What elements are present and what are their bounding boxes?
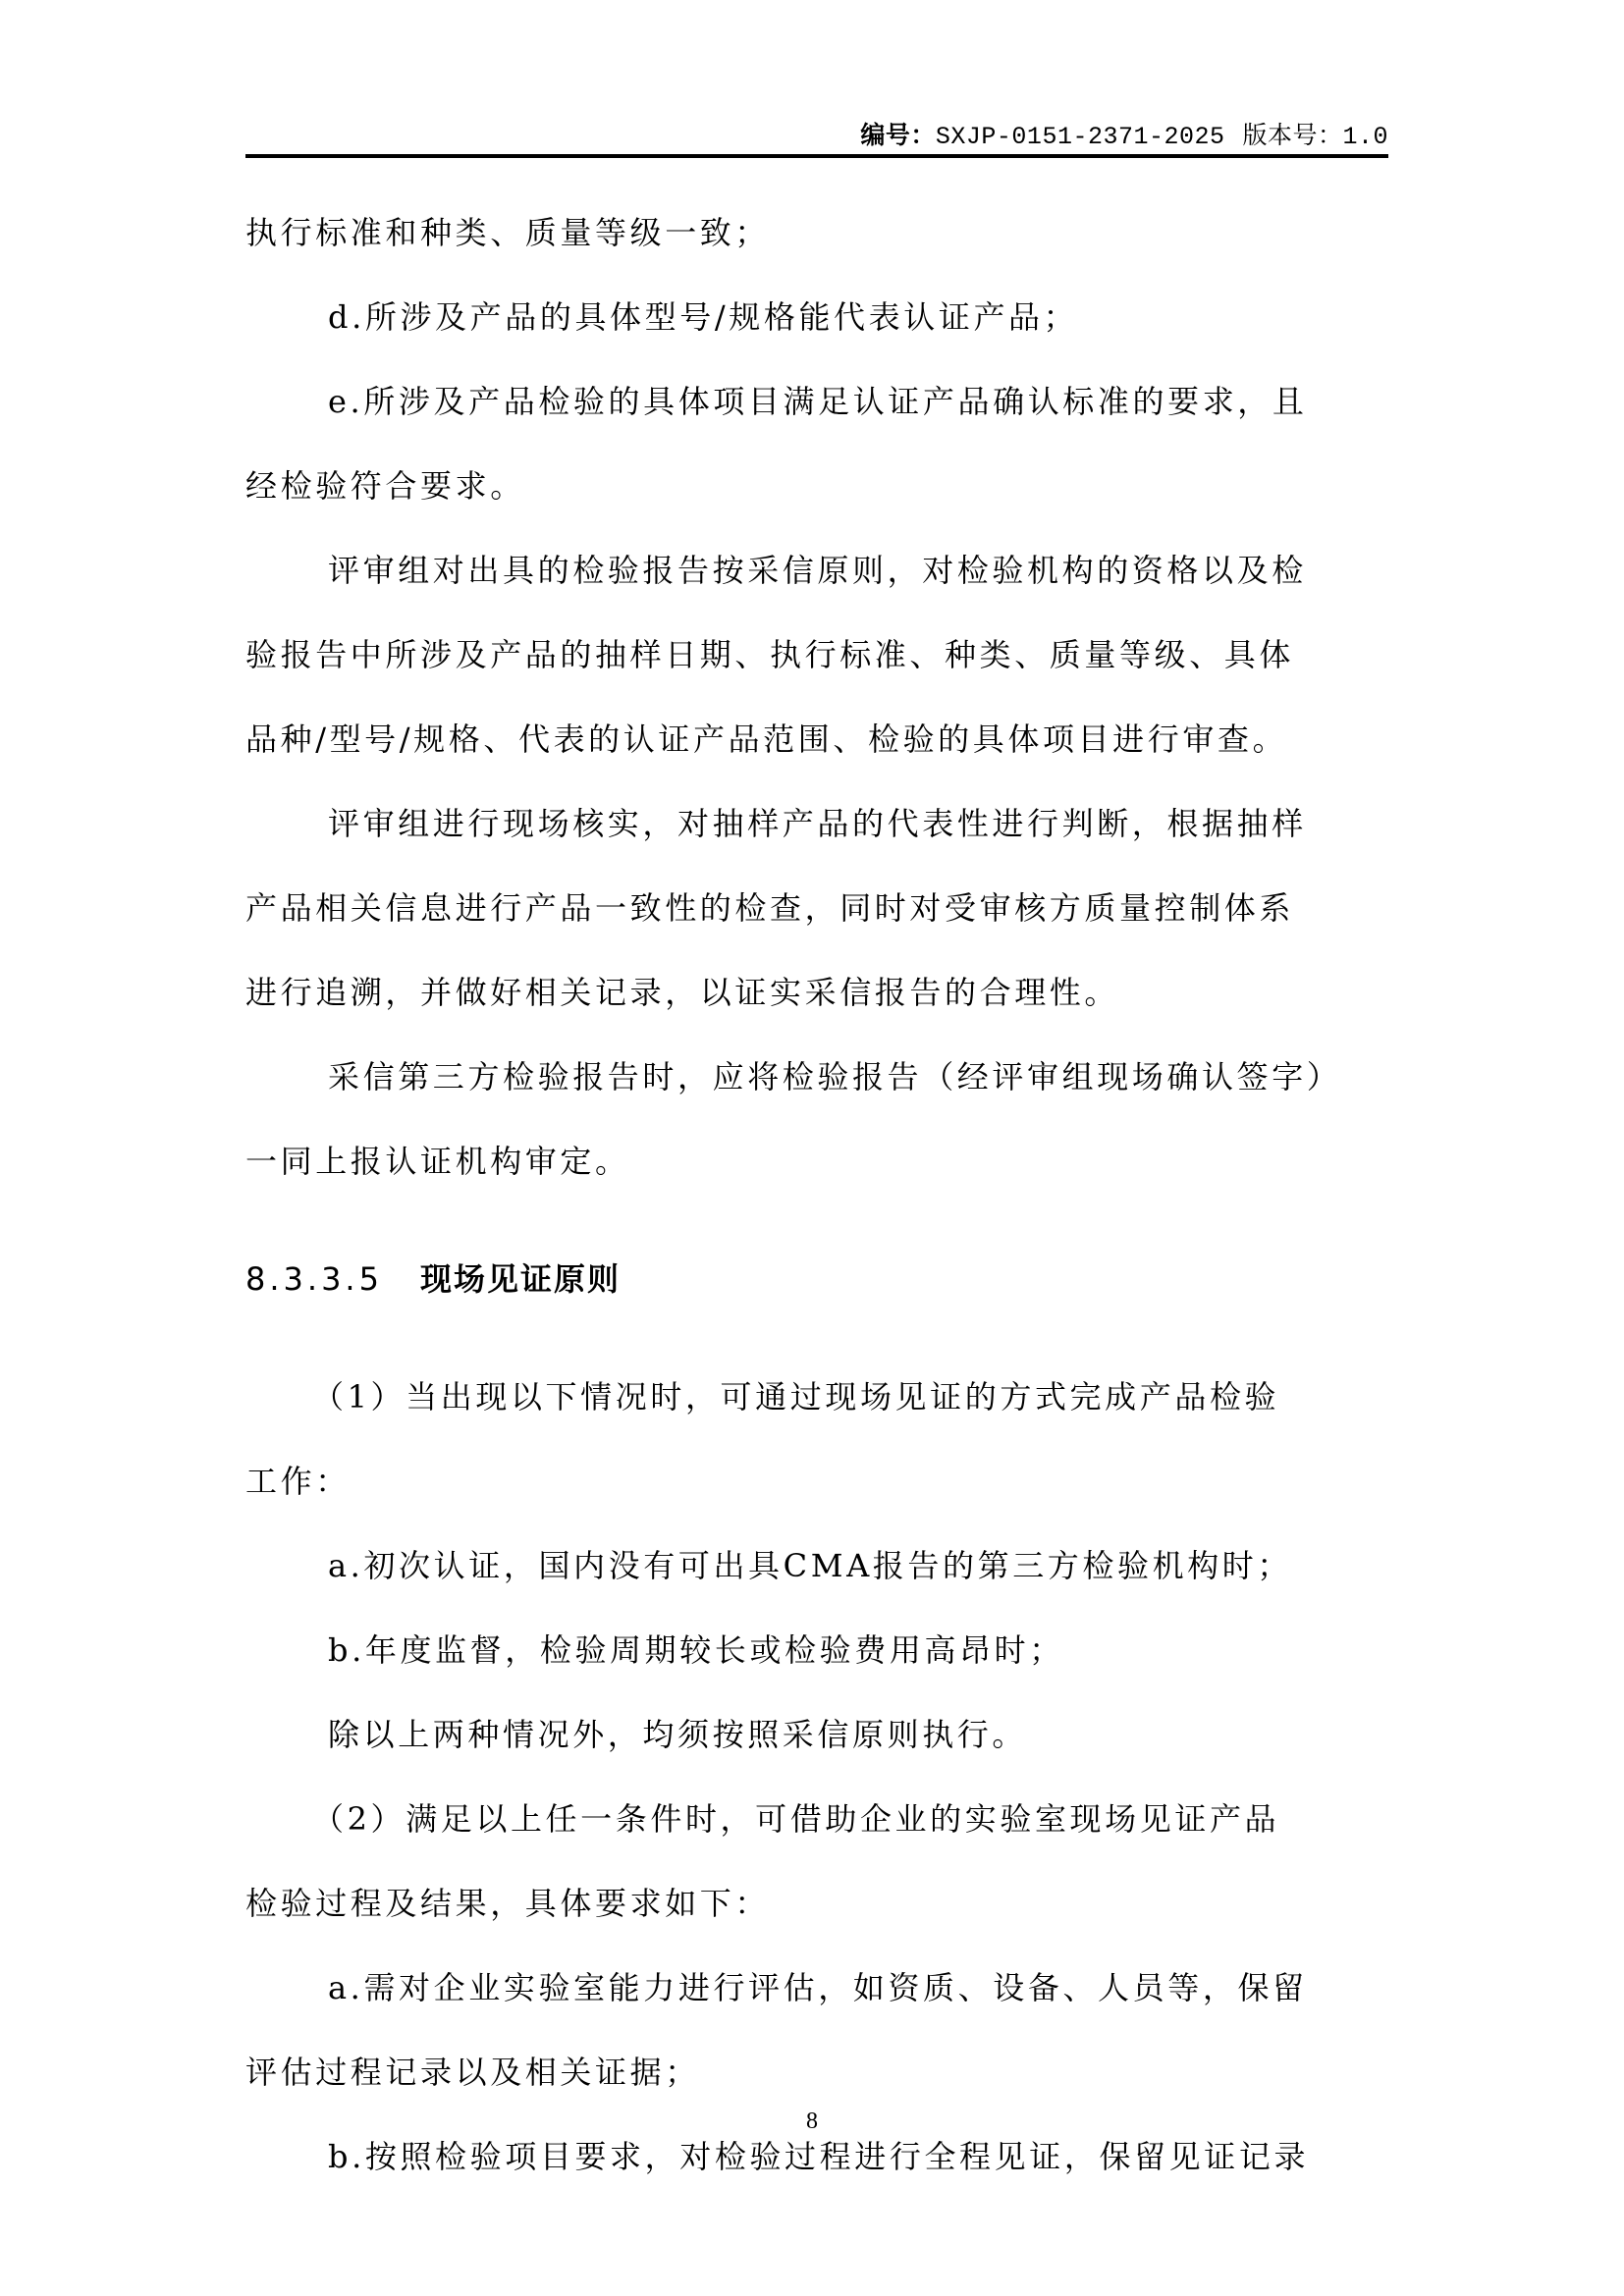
paragraph-line: 经检验符合要求。 [245, 464, 1388, 507]
paragraph-line: 品种/型号/规格、代表的认证产品范围、检验的具体项目进行审查。 [245, 718, 1388, 761]
requirement-item-a: a.需对企业实验室能力进行评估，如资质、设备、人员等，保留 [245, 1966, 1388, 2009]
page-number: 8 [0, 2109, 1624, 2135]
list-item-d: d.所涉及产品的具体型号/规格能代表认证产品； [245, 295, 1388, 339]
page-body: 执行标准和种类、质量等级一致； d.所涉及产品的具体型号/规格能代表认证产品； … [245, 211, 1388, 2178]
paragraph-line: 进行追溯，并做好相关记录，以证实采信报告的合理性。 [245, 971, 1388, 1014]
condition-item-b: b.年度监督，检验周期较长或检验费用高昂时； [245, 1629, 1388, 1672]
version-label: 版本号： [1242, 121, 1342, 149]
paragraph-line: 评估过程记录以及相关证据； [245, 2051, 1388, 2094]
condition-1: （1）当出现以下情况时，可通过现场见证的方式完成产品检验 [245, 1375, 1388, 1418]
paragraph-line: 执行标准和种类、质量等级一致； [245, 211, 1388, 254]
requirement-item-b: b.按照检验项目要求，对检验过程进行全程见证，保留见证记录 [245, 2135, 1388, 2178]
document-header: 编号：SXJP-0151-2371-2025版本号：1.0 [245, 116, 1388, 155]
code-label: 编号： [860, 121, 936, 149]
paragraph-line: 验报告中所涉及产品的抽样日期、执行标准、种类、质量等级、具体 [245, 633, 1388, 676]
section-heading: 8.3.3.5现场见证原则 [245, 1257, 1388, 1301]
paragraph-line: 检验过程及结果，具体要求如下： [245, 1882, 1388, 1925]
section-title: 现场见证原则 [420, 1260, 621, 1298]
header-divider [245, 154, 1388, 158]
paragraph-line: 工作： [245, 1460, 1388, 1503]
paragraph-exception: 除以上两种情况外，均须按照采信原则执行。 [245, 1713, 1388, 1756]
section-number: 8.3.3.5 [245, 1257, 420, 1301]
paragraph-onsite-verification: 评审组进行现场核实，对抽样产品的代表性进行判断，根据抽样 [245, 802, 1388, 845]
paragraph-line: 一同上报认证机构审定。 [245, 1140, 1388, 1183]
condition-2: （2）满足以上任一条件时，可借助企业的实验室现场见证产品 [245, 1797, 1388, 1841]
condition-item-a: a.初次认证，国内没有可出具CMA报告的第三方检验机构时； [245, 1544, 1388, 1587]
document-code: SXJP-0151-2371-2025 [936, 123, 1225, 151]
paragraph-third-party: 采信第三方检验报告时，应将检验报告（经评审组现场确认签字） [245, 1055, 1388, 1098]
paragraph-line: 产品相关信息进行产品一致性的检查，同时对受审核方质量控制体系 [245, 886, 1388, 930]
list-item-e: e.所涉及产品检验的具体项目满足认证产品确认标准的要求，且 [245, 380, 1388, 423]
version-value: 1.0 [1342, 123, 1388, 151]
paragraph-review-group: 评审组对出具的检验报告按采信原则，对检验机构的资格以及检 [245, 549, 1388, 592]
